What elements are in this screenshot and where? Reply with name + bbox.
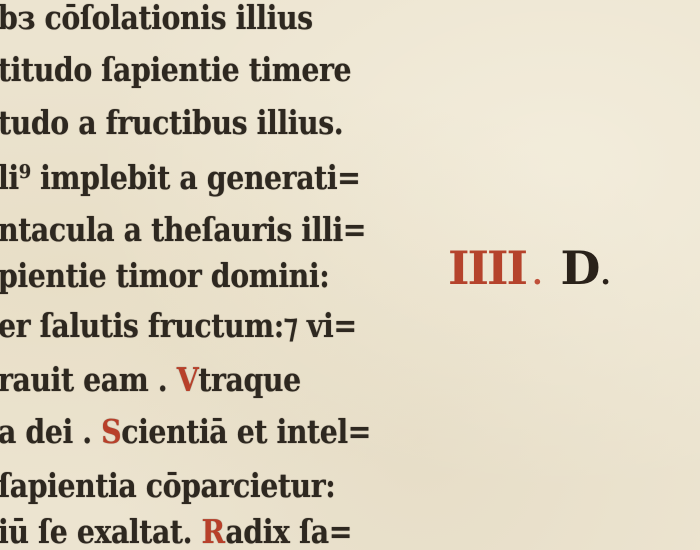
chapter-numeral: IIII xyxy=(448,241,526,295)
chapter-dot: . xyxy=(532,257,542,292)
text-line: li⁹ implebit a generati= xyxy=(0,158,361,198)
text-line: a dei . Scientiā et intel= xyxy=(0,412,371,452)
line-text: cientiā et intel= xyxy=(121,412,371,451)
text-line: titudo ſapientie timere xyxy=(0,50,351,90)
chapter-marker: IIII.D. xyxy=(448,238,611,305)
text-line: ntacula a theſauris illi= xyxy=(0,210,366,250)
rubricated-initial: R xyxy=(202,512,226,550)
guide-letter: D xyxy=(561,241,601,295)
text-line: rauit eam . Vtraque xyxy=(0,360,301,400)
text-line: bз cōſolationis illius xyxy=(0,0,313,38)
rubricated-initial: S xyxy=(101,412,121,451)
text-line: pientie timor domini: xyxy=(0,256,329,296)
text-line: iū ſe exaltat. Radix ſa= xyxy=(0,512,352,550)
rubricated-initial: V xyxy=(177,360,199,399)
line-text: adix ſa= xyxy=(225,512,352,550)
line-text: traque xyxy=(198,360,300,399)
text-line: tudo a fructibus illius. xyxy=(0,103,343,143)
text-line: ſapientia cōparcietur: xyxy=(0,466,335,506)
line-text: iū ſe exaltat. xyxy=(0,512,202,550)
text-line: er ſalutis fructum:⁊ vi= xyxy=(0,306,357,346)
line-text: rauit eam . xyxy=(0,360,177,399)
guide-period: . xyxy=(600,257,610,292)
line-text: a dei . xyxy=(0,412,101,451)
text-column: bз cōſolationis illius titudo ſapientie … xyxy=(0,0,420,550)
